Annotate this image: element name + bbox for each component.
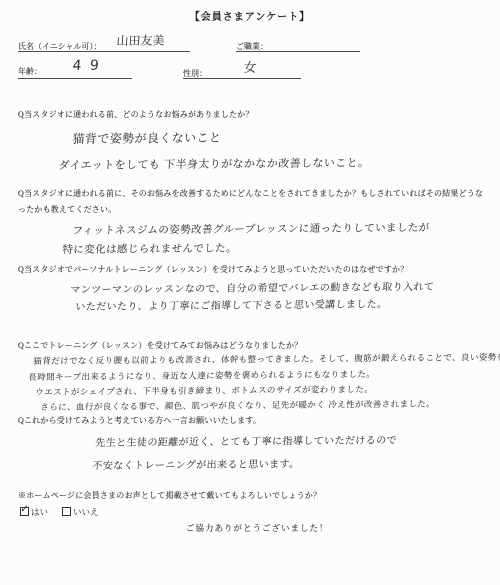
age-value: 4 9 [72, 58, 101, 74]
answer-1-line-1: 猫背で姿勢が良くないこと [72, 129, 222, 147]
answer-3-line-2: いただいたり、より丁寧にご指導して下さると思い受講しました。 [75, 295, 388, 313]
question-4: Qここでトレーニング（レッスン）を受けてみてお悩みはどうなりましたか？ [18, 338, 302, 354]
answer-5-line-1: 先生と生徒の距離が近く、とても丁寧に指導していただけるので [95, 431, 397, 449]
consent-option-no: いいえ [62, 507, 99, 517]
answer-4-line-2: 長時間キープ出来るようになり、身近な人達に姿勢を褒められるようにもなりました。 [28, 368, 376, 383]
age-label: 年齢： [18, 67, 42, 76]
answer-2-line-2: 特に変化は感じられませんでした。 [62, 240, 237, 257]
answer-5-line-2: 不安なくトレーニングが出来ると思います。 [92, 455, 300, 472]
check-mark-icon: ✓ [20, 504, 29, 515]
consent-no-label: いいえ [73, 507, 99, 517]
occupation-field: ご職業： [236, 36, 360, 52]
question-3: Q当スタジオでパーソナルトレーニング（レッスン）を受けてみようと思っていただいた… [18, 262, 408, 278]
gender-value: 女 [243, 57, 257, 76]
question-5: Qこれから受けてみようと考えている方へ一言お願いいたします。 [18, 413, 261, 429]
occupation-label: ご職業： [236, 42, 268, 51]
consent-yes-label: はい [31, 507, 48, 517]
name-label: 氏名（イニシャル可）： [18, 42, 102, 51]
answer-1-line-2: ダイエットをしても 下半身太りがなかなか改善しないこと。 [58, 154, 370, 173]
answer-4-line-4: さらに、血行が良くなる事で、顔色、肌つやが良くなり、足先が暖かく 冷え性が改善さ… [40, 398, 436, 413]
answer-4-line-3: ウエストがシェイプされ、下半身も引き締まり、ボトムスのサイズが変わりました。 [35, 383, 374, 398]
consent-option-yes: ✓はい [20, 507, 48, 517]
answer-2-line-1: フィットネスジムの姿勢改善グループレッスンに通ったりしていましたが [72, 220, 430, 238]
checkbox-no-unchecked [62, 507, 71, 516]
gender-field: 性別：女 [183, 61, 301, 79]
consent-question: ※ホームページに会員さまのお声として掲載させて戴いてもよろしいでしょうか？ [18, 488, 321, 504]
closing-message: ご協力ありがとうございました！ [186, 522, 329, 534]
page-title: 【会員さまアンケート】 [0, 8, 500, 23]
consent-options: ✓はいいいえ [20, 506, 113, 518]
gender-label: 性別： [183, 69, 207, 78]
name-field: 氏名（イニシャル可）：山田友美 [18, 36, 190, 52]
answer-3-line-1: マンツーマンのレッスンなので、自分の希望でバレエの動きなども取り入れて [70, 278, 435, 296]
question-1: Q当スタジオに通われる前、どのようなお悩みがありましたか？ [18, 107, 254, 123]
age-field: 年齢：4 9 [18, 61, 132, 79]
checkbox-yes-checked: ✓ [20, 507, 29, 516]
name-value: 山田友美 [116, 32, 165, 49]
question-2: Q当スタジオに通われる前に、そのお悩みを改善するためにどんなことをされてきました… [18, 186, 488, 218]
questionnaire-sheet: 【会員さまアンケート】 氏名（イニシャル可）：山田友美 ご職業： 年齢：4 9 … [0, 0, 500, 585]
